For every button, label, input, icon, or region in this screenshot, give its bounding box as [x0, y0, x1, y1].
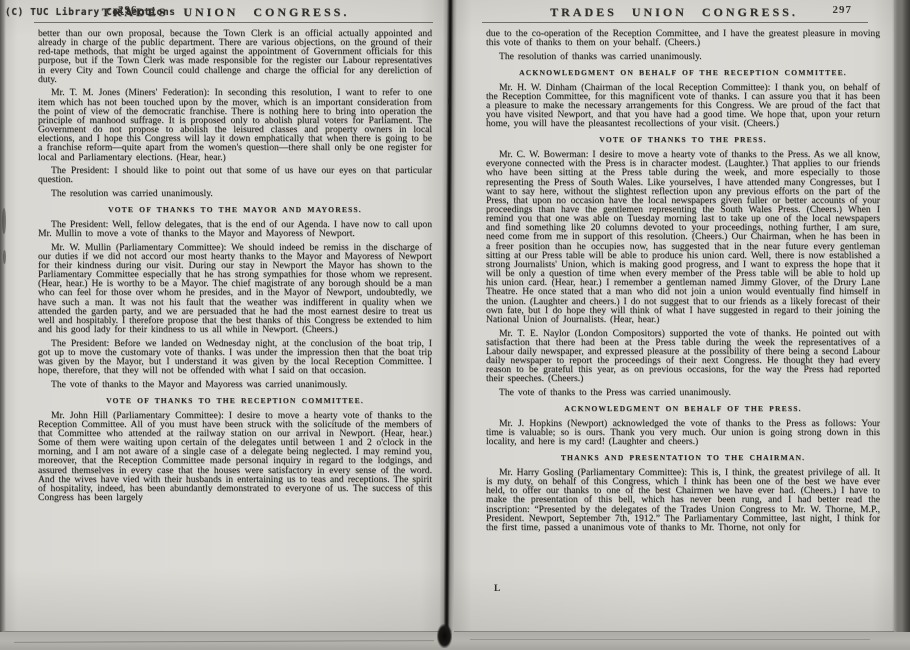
page-edge-left	[0, 0, 6, 650]
paragraph: better than our own proposal, because th…	[38, 29, 432, 84]
header-rule-left	[34, 22, 433, 23]
paragraph: Mr. W. Mullin (Parliamentary Committee):…	[38, 243, 432, 335]
paragraph: Mr. Harry Gosling (Parliamentary Committ…	[486, 468, 880, 532]
scan-smudge	[2, 208, 6, 234]
paragraph: The vote of thanks to the Mayor and Mayo…	[38, 380, 432, 389]
running-title-right: TRADES UNION CONGRESS.	[454, 5, 894, 20]
section-heading: ACKNOWLEDGMENT ON BEHALF OF THE PRESS.	[486, 404, 880, 413]
paragraph: Mr. J. Hopkins (Newport) acknowledged th…	[486, 419, 880, 446]
page-left: 296 TRADES UNION CONGRESS. better than o…	[4, 0, 447, 632]
section-heading: VOTE OF THANKS TO THE RECEPTION COMMITTE…	[38, 396, 432, 405]
header-rule-right	[482, 22, 868, 23]
gutter-ink-blob	[437, 624, 452, 648]
paragraph: The President: Before we landed on Wedne…	[38, 339, 432, 376]
page-bottom-shadow-right	[470, 639, 870, 640]
section-heading: THANKS AND PRESENTATION TO THE CHAIRMAN.	[486, 453, 880, 462]
paragraph: The resolution of thanks was carried una…	[486, 52, 880, 61]
page-edge-right	[892, 0, 910, 650]
page-right: 297 TRADES UNION CONGRESS. due to the co…	[454, 0, 894, 632]
paragraph: Mr. T. M. Jones (Miners' Federation): In…	[38, 88, 432, 161]
section-heading: VOTE OF THANKS TO THE MAYOR AND MAYORESS…	[38, 205, 432, 214]
scan-smudge	[3, 250, 6, 264]
book-scan: 296 TRADES UNION CONGRESS. better than o…	[0, 0, 910, 650]
paragraph: Mr. C. W. Bowerman: I desire to move a h…	[486, 150, 880, 324]
paragraph: Mr. H. W. Dinham (Chairman of the local …	[486, 83, 880, 129]
section-heading: VOTE OF THANKS TO THE PRESS.	[486, 135, 880, 144]
paragraph: The President: I should like to point ou…	[38, 166, 432, 184]
scan-smudge	[448, 96, 451, 106]
printer-signature-mark: L	[494, 584, 500, 594]
paragraph: The resolution was carried unanimously.	[38, 189, 432, 198]
paragraph: The President: Well, fellow delegates, t…	[38, 220, 432, 238]
paragraph: The vote of thanks to the Press was carr…	[486, 388, 880, 397]
section-heading: ACKNOWLEDGMENT ON BEHALF OF THE RECEPTIO…	[486, 68, 880, 77]
paragraph: Mr. John Hill (Parliamentary Committee):…	[38, 411, 432, 503]
paragraph: due to the co-operation of the Reception…	[486, 29, 880, 47]
paragraph: Mr. T. E. Naylor (London Compositors) su…	[486, 329, 880, 384]
text-column-left: better than our own proposal, because th…	[38, 29, 432, 507]
library-watermark: (C) TUC Library Collections	[5, 7, 176, 18]
text-column-right: due to the co-operation of the Reception…	[486, 29, 880, 537]
